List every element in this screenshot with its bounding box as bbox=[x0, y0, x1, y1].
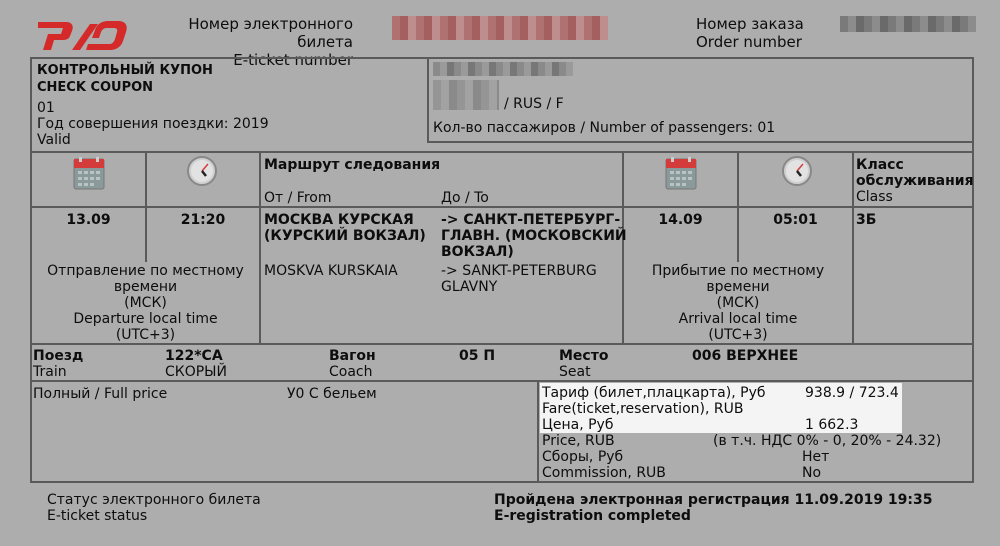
passenger-document-suffix: / RUS / F bbox=[504, 96, 564, 112]
coach-label: Вагон Coach bbox=[329, 348, 376, 380]
passenger-name-redacted bbox=[433, 62, 573, 76]
departure-time: 21:20 bbox=[147, 212, 259, 228]
arrival-date: 14.09 bbox=[624, 212, 737, 228]
eticket-number-label: Номер электронного билета E-ticket numbe… bbox=[157, 15, 353, 69]
to-station-ru: -> САНКТ-ПЕТЕРБУРГ- ГЛАВН. (МОСКОВСКИЙ В… bbox=[441, 212, 627, 260]
service-class-value: 3Б bbox=[856, 212, 876, 228]
validity: Valid bbox=[37, 132, 269, 148]
clock-icon bbox=[781, 155, 813, 187]
from-label: От / From bbox=[264, 190, 331, 206]
route-title: Маршрут следования bbox=[264, 157, 440, 173]
coach-value: 05 П bbox=[459, 348, 495, 364]
calendar-icon bbox=[73, 156, 105, 190]
service-code: У0 С бельем bbox=[287, 386, 377, 402]
eticket-status-value: Пройдена электронная регистрация 11.09.2… bbox=[494, 492, 933, 524]
check-coupon: КОНТРОЛЬНЫЙ КУПОН CHECK COUPON 01 Год со… bbox=[37, 62, 269, 148]
order-label-en: Order number bbox=[696, 33, 804, 51]
order-label-ru: Номер заказа bbox=[696, 15, 804, 33]
from-station-ru: МОСКВА КУРСКАЯ (КУРСКИЙ ВОКЗАЛ) bbox=[264, 212, 426, 244]
passenger-count: Кол-во пассажиров / Number of passengers… bbox=[433, 120, 775, 136]
to-station-en: -> SANKT-PETERBURG GLAVNY bbox=[441, 263, 597, 295]
price-value: 1 662.3 bbox=[805, 417, 858, 433]
arrival-note: Прибытие по местному времени (МСК) Arriv… bbox=[624, 263, 852, 343]
service-class-header: Класс обслуживания Class bbox=[856, 157, 974, 205]
fees-value: Нет No bbox=[802, 449, 829, 481]
arrival-time: 05:01 bbox=[739, 212, 852, 228]
class-label-en: Class bbox=[856, 189, 974, 205]
order-number-redacted bbox=[840, 16, 976, 32]
class-label-ru-2: обслуживания bbox=[856, 173, 974, 189]
seat-label: Место Seat bbox=[559, 348, 608, 380]
order-number-label: Номер заказа Order number bbox=[696, 15, 804, 51]
calendar-icon bbox=[665, 156, 697, 190]
passenger-doc-redacted bbox=[433, 80, 499, 110]
train-number: 122*СА СКОРЫЙ bbox=[165, 348, 227, 380]
to-label: До / To bbox=[441, 190, 489, 206]
vat-note: (в т.ч. НДС 0% - 0, 20% - 24.32) bbox=[713, 433, 941, 449]
rzd-logo bbox=[36, 12, 132, 52]
coupon-title-en: CHECK COUPON bbox=[37, 79, 269, 96]
eticket-number-redacted bbox=[392, 16, 608, 40]
eticket-status-label: Статус электронного билета E-ticket stat… bbox=[47, 492, 261, 524]
from-station-en: MOSKVA KURSKAIA bbox=[264, 263, 398, 279]
coupon-number: 01 bbox=[37, 100, 269, 116]
eticket-label-ru: Номер электронного билета bbox=[157, 15, 353, 51]
fare-value: 938.9 / 723.4 bbox=[805, 385, 899, 401]
departure-date: 13.09 bbox=[32, 212, 145, 228]
coupon-title-ru: КОНТРОЛЬНЫЙ КУПОН bbox=[37, 62, 269, 79]
tariff-type: Полный / Full price bbox=[33, 386, 167, 402]
trip-year: Год совершения поездки: 2019 bbox=[37, 116, 269, 132]
train-label: Поезд Train bbox=[33, 348, 83, 380]
seat-value: 006 ВЕРХНЕЕ bbox=[692, 348, 798, 364]
departure-note: Отправление по местному времени (МСК) De… bbox=[32, 263, 259, 343]
class-label-ru-1: Класс bbox=[856, 157, 974, 173]
clock-icon bbox=[186, 155, 218, 187]
